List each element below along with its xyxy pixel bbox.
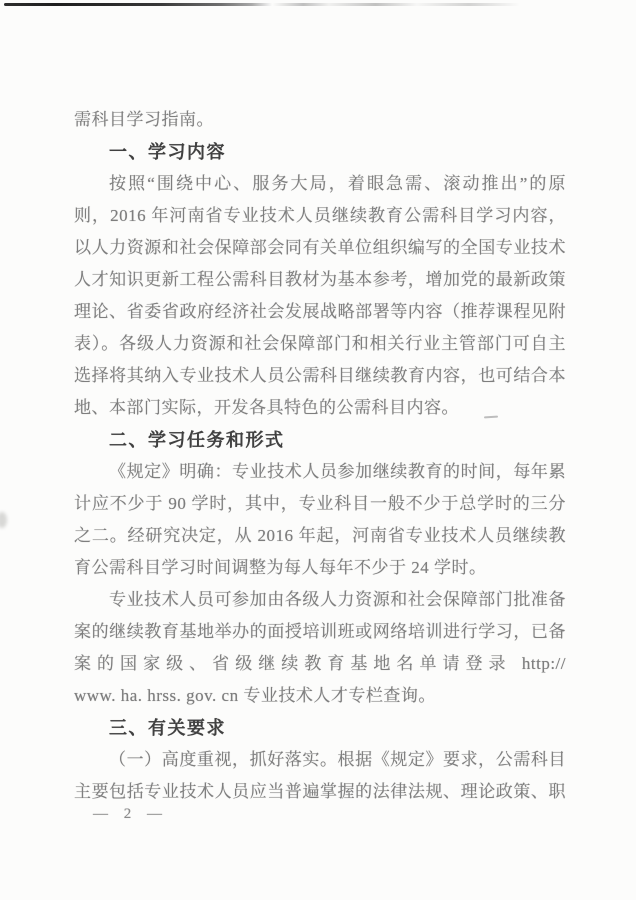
text-line: 需科目学习指南。 (74, 104, 566, 136)
text-line: 人才知识更新工程公需科目教材为基本参考，增加党的最新政策 (74, 264, 566, 296)
text-line: www. ha. hrss. gov. cn 专业技术人才专栏查询。 (74, 680, 566, 712)
text-line: 主要包括专业技术人员应当普遍掌握的法律法规、理论政策、职 (74, 776, 566, 808)
text-line: 案的国家级、省级继续教育基地名单请登录 http:// (74, 648, 566, 680)
section-heading: 一、学习内容 (74, 136, 566, 168)
text-line: 则，2016 年河南省专业技术人员继续教育公需科目学习内容， (74, 200, 566, 232)
text-line: 理论、省委省政府经济社会发展战略部署等内容（推荐课程见附 (74, 296, 566, 328)
text-line: 选择将其纳入专业技术人员公需科目继续教育内容，也可结合本 (74, 360, 566, 392)
text-line: 《规定》明确：专业技术人员参加继续教育的时间，每年累 (74, 456, 566, 488)
text-line: 地、本部门实际，开发各具特色的公需科目内容。 (74, 392, 566, 424)
scan-smudge-artifact (0, 512, 7, 528)
text-line: 案的继续教育基地举办的面授培训班或网络培训进行学习，已备 (74, 616, 566, 648)
text-line: 计应不少于 90 学时，其中，专业科目一般不少于总学时的三分 (74, 488, 566, 520)
scanned-document-page: 需科目学习指南。一、学习内容按照“围绕中心、服务大局，着眼急需、滚动推出”的原则… (0, 0, 636, 900)
text-line: （一）高度重视，抓好落实。根据《规定》要求，公需科目 (74, 744, 566, 776)
page-number: — 2 — (93, 806, 168, 823)
document-body: 需科目学习指南。一、学习内容按照“围绕中心、服务大局，着眼急需、滚动推出”的原则… (74, 104, 566, 808)
section-heading: 二、学习任务和形式 (74, 424, 566, 456)
text-line: 育公需科目学习时间调整为每人每年不少于 24 学时。 (74, 552, 566, 584)
section-heading: 三、有关要求 (74, 712, 566, 744)
text-line: 表）。各级人力资源和社会保障部门和相关行业主管部门可自主 (74, 328, 566, 360)
scan-edge-artifact (4, 3, 520, 6)
text-line: 以人力资源和社会保障部会同有关单位组织编写的全国专业技术 (74, 232, 566, 264)
text-line: 之二。经研究决定，从 2016 年起，河南省专业技术人员继续教 (74, 520, 566, 552)
text-line: 专业技术人员可参加由各级人力资源和社会保障部门批准备 (74, 584, 566, 616)
text-line: 按照“围绕中心、服务大局，着眼急需、滚动推出”的原 (74, 168, 566, 200)
